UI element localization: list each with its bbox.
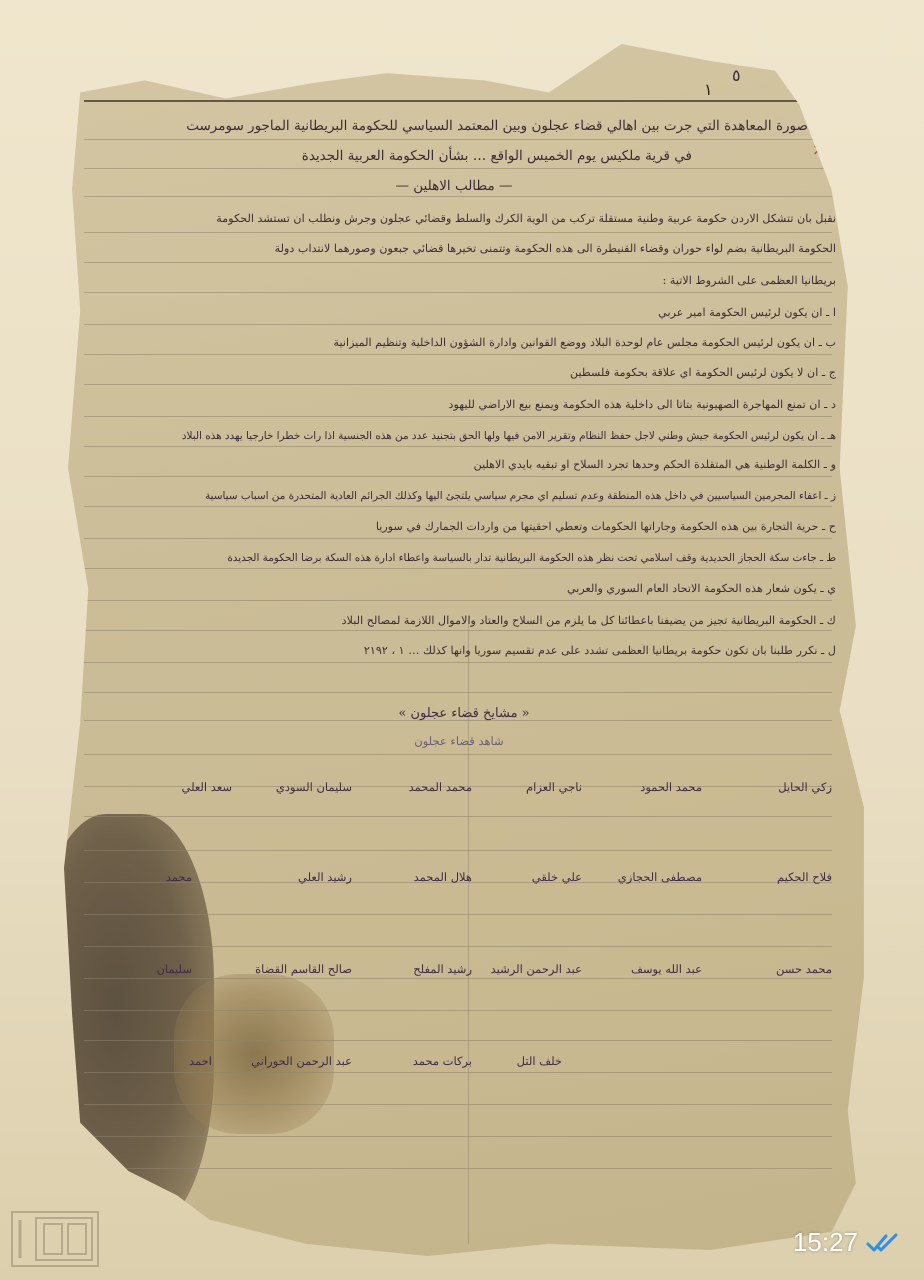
ruled-line xyxy=(84,850,832,851)
timestamp-text: 15:27 xyxy=(793,1227,858,1258)
clause-lam: ل ـ نكرر طلبنا بان تكون حكومة بريطانيا ا… xyxy=(364,644,836,657)
ruled-line xyxy=(84,196,832,197)
ruled-line xyxy=(84,914,832,915)
ruled-line xyxy=(84,168,832,169)
signature: زكي الحايل xyxy=(778,780,832,794)
ruled-line xyxy=(84,1168,832,1169)
clause-jim: ج ـ ان لا يكون لرئيس الحكومة اي علاقة بح… xyxy=(570,366,836,379)
ruled-line xyxy=(84,1104,832,1105)
archive-stamp-logo-icon xyxy=(10,1210,100,1268)
ruled-line xyxy=(84,538,832,539)
heading-line-1: صورة المعاهدة التي جرت بين اهالي قضاء عج… xyxy=(186,118,808,134)
page-index-mark: ١ xyxy=(704,80,713,99)
ruled-line xyxy=(84,232,832,233)
ruled-line xyxy=(84,630,832,631)
signature: ناجي العزام xyxy=(526,780,582,794)
subheading: — مطالب الاهلين — xyxy=(354,178,554,194)
ruled-line xyxy=(84,568,832,569)
ruled-line xyxy=(84,324,832,325)
document-page: ٥ ١ ٧ ٤٥ × صورة المعاهدة التي جرت بين اه… xyxy=(64,44,872,1256)
ruled-line xyxy=(84,978,832,979)
page-number-mark: ٥ xyxy=(732,66,741,85)
ruled-line xyxy=(84,692,832,693)
clause-alif: ا ـ ان يكون لرئيس الحكومة امير عربي xyxy=(658,306,836,319)
signature: مصطفى الحجازي xyxy=(618,870,702,884)
ruled-line xyxy=(84,139,832,140)
ruled-line xyxy=(84,1072,832,1073)
clause-kaf: ك ـ الحكومة البريطانية تجيز من يضيفنا با… xyxy=(342,614,836,627)
signature: هلال المحمد xyxy=(414,870,472,884)
signature: محمد الحمود xyxy=(640,780,702,794)
signature: سليمان السودي xyxy=(276,780,352,794)
ruled-line xyxy=(84,506,832,507)
stamp-text: شاهد قضاء عجلون xyxy=(374,734,544,748)
ruled-line xyxy=(84,1010,832,1011)
ruled-line xyxy=(84,476,832,477)
clause-ya: ي ـ يكون شعار هذه الحكومة الاتحاد العام … xyxy=(567,582,836,595)
heading-line-2: في قرية ملكيس يوم الخميس الواقع … بشأن ا… xyxy=(302,148,692,164)
ruled-line xyxy=(84,600,832,601)
intro-line-1: نقبل بان تتشكل الاردن حكومة عربية وطنية … xyxy=(216,212,836,225)
ruled-line xyxy=(84,946,832,947)
header-rule xyxy=(84,100,832,102)
clause-dal: د ـ ان تمنع المهاجرة الصهيونية بتاتا الى… xyxy=(449,398,836,411)
ruled-line xyxy=(84,354,832,355)
signatures-heading: « مشايخ قضاء عجلون » xyxy=(364,706,564,721)
ruled-line xyxy=(84,1136,832,1137)
signature: عبد الرحمن الحوراني xyxy=(251,1054,352,1068)
ruled-line xyxy=(84,816,832,817)
ruled-line xyxy=(84,446,832,447)
signature: بركات محمد xyxy=(413,1054,472,1068)
ruled-line xyxy=(84,754,832,755)
intro-line-3: بريطانيا العظمى على الشروط الاتية : xyxy=(663,274,836,287)
clause-zay: ز ـ اعفاء المجرمين السياسيين في داخل هذه… xyxy=(205,490,836,502)
ruled-line xyxy=(84,292,832,293)
signature: محمد حسن xyxy=(776,962,832,976)
clause-ta: ط ـ جاءت سكة الحجاز الحديدية وقف اسلامي … xyxy=(227,552,836,564)
signature: فلاح الحكيم xyxy=(777,870,832,884)
ruled-line xyxy=(84,1040,832,1041)
signature: رشيد المفلح xyxy=(413,962,472,976)
signature: سعد العلي xyxy=(181,780,232,794)
clause-waw: و ـ الكلمة الوطنية هي المتقلدة الحكم وحد… xyxy=(474,458,836,471)
signature: عبد الله يوسف xyxy=(631,962,702,976)
double-check-icon xyxy=(866,1233,900,1253)
signature: خلف التل xyxy=(517,1054,562,1068)
ruled-line xyxy=(84,662,832,663)
signature: رشيد العلي xyxy=(298,870,352,884)
signature: صالح القاسم القضاة xyxy=(255,962,352,976)
ruled-line xyxy=(84,384,832,385)
signature: محمد xyxy=(166,870,192,884)
signature: عبد الرحمن الرشيد xyxy=(491,962,582,976)
clause-ha2: ح ـ حرية التجارة بين هذه الحكومة وجاراته… xyxy=(376,520,836,533)
message-timestamp: 15:27 xyxy=(793,1227,900,1258)
ruled-line xyxy=(84,262,832,263)
signature: سليمان xyxy=(156,962,192,976)
clause-ha: هـ ـ ان يكون لرئيس الحكومة جيش وطني لاجل… xyxy=(182,430,836,442)
ruled-line xyxy=(84,416,832,417)
signature: احمد xyxy=(189,1054,212,1068)
signature: علي خلقي xyxy=(532,870,582,884)
intro-line-2: الحكومة البريطانية بضم لواء حوران وقضاء … xyxy=(275,242,836,255)
signature: محمد المحمد xyxy=(409,780,472,794)
clause-ba: ب ـ ان يكون لرئيس الحكومة مجلس عام لوحدة… xyxy=(333,336,836,349)
